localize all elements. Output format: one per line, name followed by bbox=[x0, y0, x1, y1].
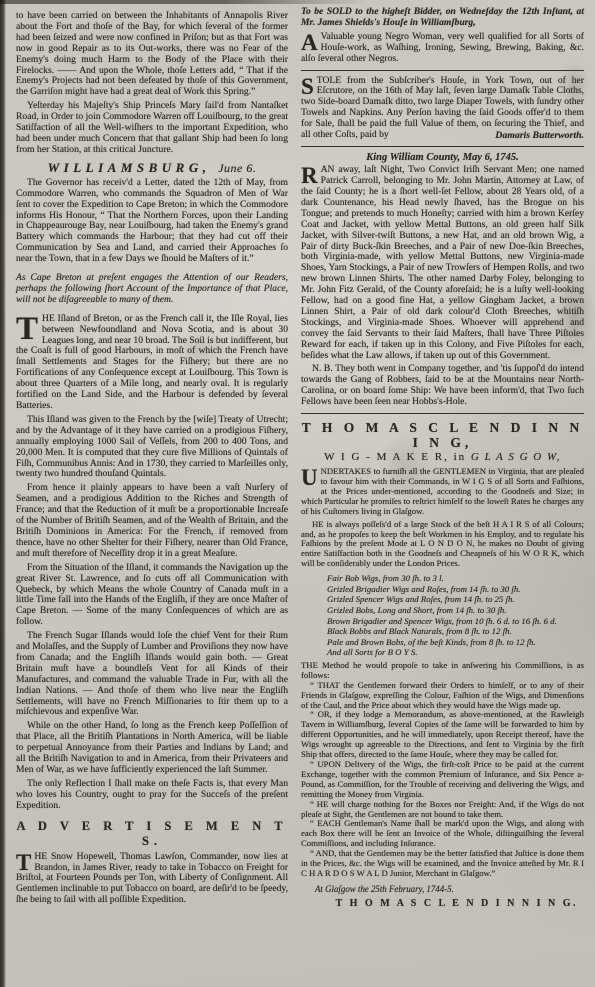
drop-cap-S: S bbox=[301, 76, 317, 96]
price-line: Grizled Brigadier Wigs and Roſes, from 1… bbox=[327, 584, 584, 595]
williamsburg-city: WILLIAMSBURG, bbox=[48, 160, 211, 175]
wigmaker-subheading: W I G - M A K E R, in G L A S G O W, bbox=[301, 451, 584, 464]
reflection-paragraph: The only Reflection I ſhall make on theſ… bbox=[16, 779, 288, 812]
breton-paragraph: THE Iſland of Breton, or as the French c… bbox=[16, 314, 288, 412]
breton-text: HE Iſland of Breton, or as the French ca… bbox=[16, 313, 288, 411]
runaway-ad-paragraph: RAN away, laſt Night, Two Convict Iriſh … bbox=[301, 165, 584, 361]
hopewell-ad-paragraph: THE Snow Hopewell, Thomas Lawſon, Comman… bbox=[16, 852, 288, 907]
news-continuation-paragraph: to have been carried on between the Inha… bbox=[16, 11, 288, 98]
section-divider bbox=[301, 70, 584, 71]
left-column: to have been carried on between the Inha… bbox=[16, 11, 288, 906]
williamsburg-date: June 6. bbox=[218, 161, 256, 175]
drop-cap-R: R bbox=[301, 165, 321, 185]
situation-paragraph: From the Situation of the Iſland, it com… bbox=[16, 563, 288, 628]
governor-letter-paragraph: The Governor has receiv'd a Letter, date… bbox=[16, 178, 288, 265]
price-line: Black Bobbs and Black Naturals, from 8 ſ… bbox=[327, 626, 584, 637]
advertisements-heading: A D V E R T I S E M E N T S. bbox=[16, 819, 288, 849]
price-line: Fair Bob Wigs, from 30 ſh. to 3 l. bbox=[327, 573, 584, 584]
price-line: And all Sorts for B O Y S. bbox=[327, 647, 584, 658]
runaway-text: AN away, laſt Night, Two Convict Iriſh S… bbox=[301, 164, 584, 360]
sold-text: Valuable young Negro Woman, very well qu… bbox=[301, 31, 584, 64]
drop-cap-T: T bbox=[16, 852, 34, 872]
method-item: “ EACH Gentleman's Name ſhall be mark'd … bbox=[301, 819, 584, 849]
island-treaty-paragraph: This Iſland was given to the French by t… bbox=[16, 415, 288, 480]
method-item: “ OR, if they lodge a Memorandum, as abo… bbox=[301, 710, 584, 760]
section-divider bbox=[301, 146, 584, 147]
price-line: Brown Brigadier and Spencer Wigs, from 1… bbox=[327, 616, 584, 627]
method-item: “ THAT the Gentlemen forward their Order… bbox=[301, 681, 584, 711]
princess-mary-paragraph: Yeſterday his Majeſty's Ship Princeſs Ma… bbox=[16, 101, 288, 156]
sold-ad-paragraph: AValuable young Negro Woman, very well q… bbox=[301, 32, 584, 65]
sugar-islands-paragraph: The French Sugar Iſlands would loſe the … bbox=[16, 631, 288, 718]
wigmaker-city: G L A S G O W, bbox=[471, 451, 561, 463]
undertakes-text: NDERTAKES to furniſh all the GENTLEMEN i… bbox=[301, 466, 584, 516]
nursery-of-seamen-paragraph: From hence it plainly appears to have be… bbox=[16, 483, 288, 559]
hopewell-text: HE Snow Hopewell, Thomas Lawſon, Command… bbox=[16, 851, 288, 906]
runaway-nb-paragraph: N. B. They both went in Company together… bbox=[301, 364, 584, 408]
sold-ad-intro: To be SOLD to the higheſt Bidder, on Wed… bbox=[301, 7, 584, 29]
price-line: Pale and Brown Bobs, of the beſt Kinds, … bbox=[327, 637, 584, 648]
right-column: To be SOLD to the higheſt Bidder, on Wed… bbox=[301, 7, 584, 909]
method-item: “ AND, that the Gentlemen may be the bet… bbox=[301, 849, 584, 879]
french-possession-paragraph: While on the other Hand, ſo long as the … bbox=[16, 721, 288, 776]
method-item: “ UPON Delivery of the Wigs, the firſt-c… bbox=[301, 760, 584, 800]
section-divider bbox=[301, 413, 584, 414]
editor-note-italic: As Cape Breton at preſent engages the At… bbox=[16, 273, 288, 306]
newspaper-page: to have been carried on between the Inha… bbox=[0, 0, 595, 987]
price-line: Grizled Bobs, Long and Short, from 14 ſh… bbox=[327, 605, 584, 616]
clendinning-heading: T H O M A S C L E N D I N N I N G, bbox=[301, 420, 584, 450]
method-item: “ HE will charge nothing for the Boxes n… bbox=[301, 800, 584, 820]
drop-cap-A: A bbox=[301, 32, 321, 52]
hairs-paragraph: HE is always poſſeſs'd of a large Stock … bbox=[301, 520, 584, 570]
glasgow-dateline: At Glaſgow the 25th February, 1744-5. bbox=[315, 884, 584, 894]
wigmaker-role: W I G - M A K E R, bbox=[324, 451, 449, 463]
wigmaker-in: in bbox=[449, 451, 471, 463]
method-intro-paragraph: THE Method he would propoſe to take in a… bbox=[301, 661, 584, 681]
drop-cap-U: U bbox=[301, 467, 321, 487]
drop-cap-T: T bbox=[16, 314, 42, 343]
page-content: to have been carried on between the Inha… bbox=[0, 0, 595, 987]
undertakes-paragraph: UNDERTAKES to furniſh all the GENTLEMEN … bbox=[301, 467, 584, 517]
price-line: Grizled Spencer Wigs and Roſes, from 14 … bbox=[327, 594, 584, 605]
wig-price-list: Fair Bob Wigs, from 30 ſh. to 3 l. Grizl… bbox=[301, 573, 584, 658]
king-william-dateline: King William County, May 6, 1745. bbox=[301, 152, 584, 164]
williamsburg-heading: WILLIAMSBURG, June 6. bbox=[16, 160, 288, 176]
clendinning-signature: T H O M A S C L E N D I N N I N G. bbox=[301, 898, 578, 909]
